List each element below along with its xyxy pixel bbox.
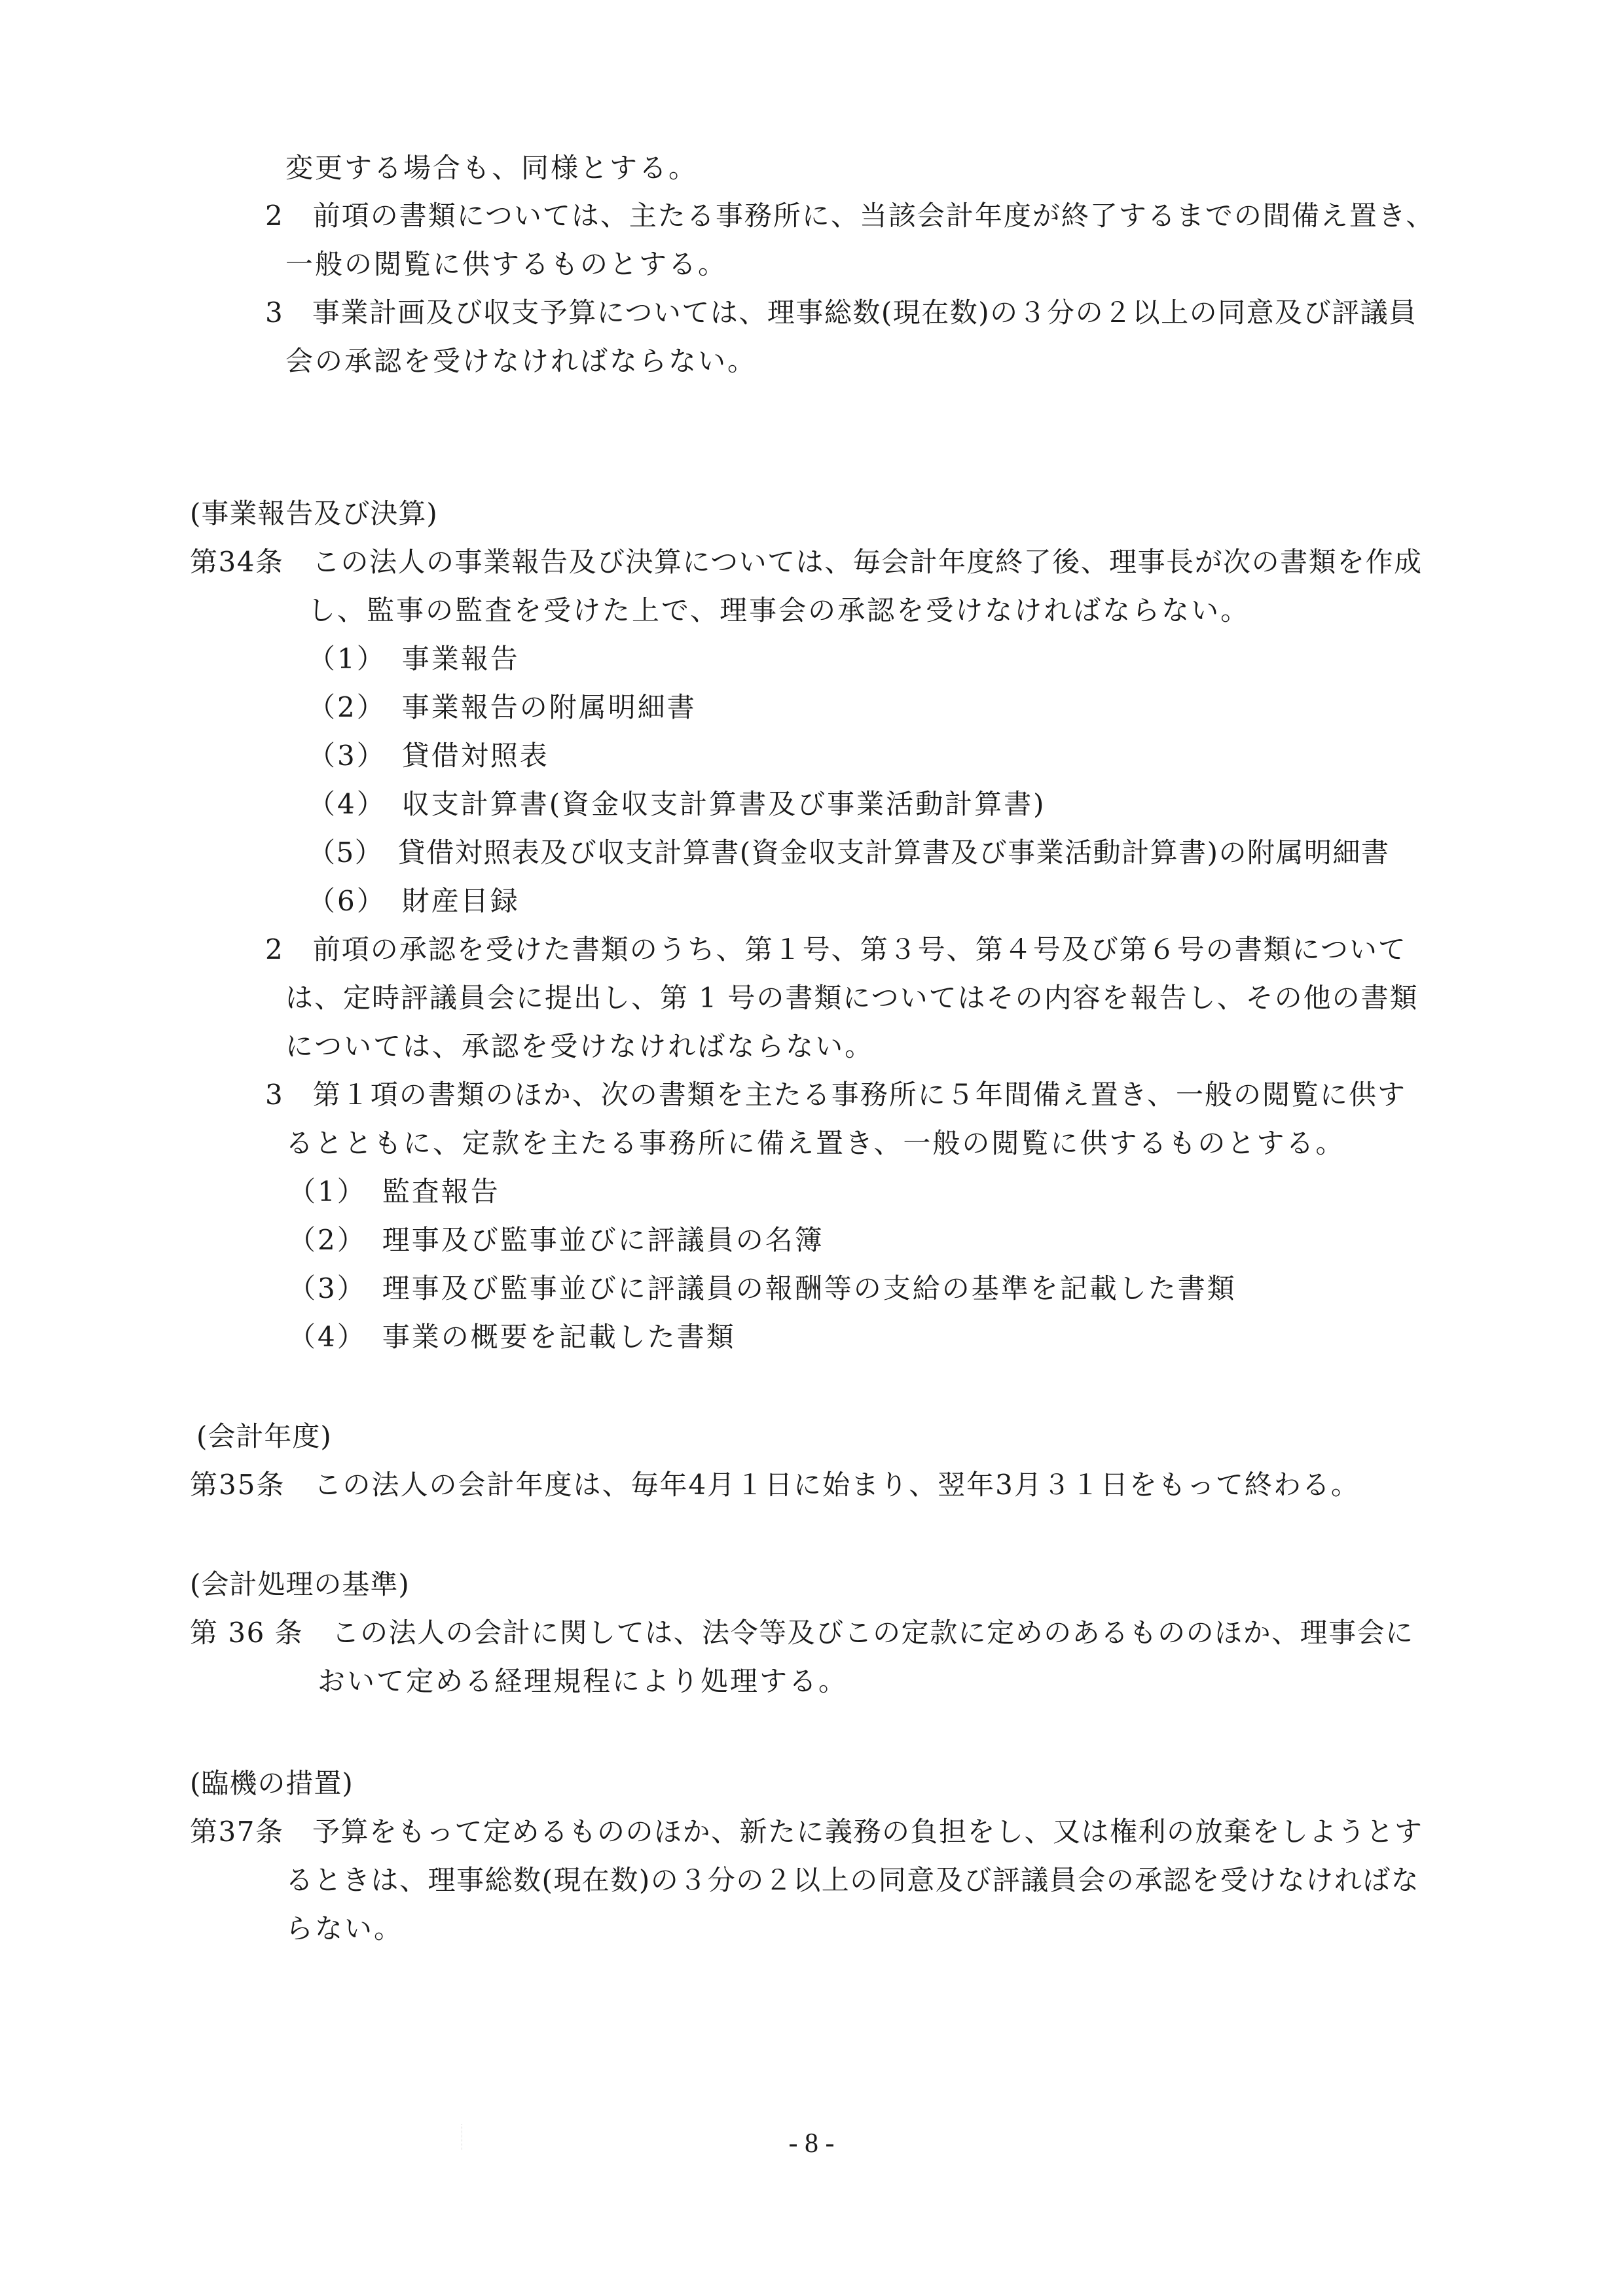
list-item: （1） 事業報告	[308, 643, 520, 675]
article-37-heading: (臨機の措置)	[190, 1767, 354, 1800]
article-34-paragraph-2-line-3: については、承認を受けなければならない。	[285, 1030, 874, 1063]
list-item: （2） 理事及び監事並びに評議員の名簿	[288, 1224, 824, 1257]
article-37-line-3: らない。	[285, 1912, 403, 1945]
list-item: （1） 監査報告	[288, 1175, 500, 1208]
article-34-heading: (事業報告及び決算)	[190, 497, 438, 530]
paragraph-2-line-1: 2 前項の書類については、主たる事務所に、当該会計年度が終了するまでの間備え置き…	[265, 200, 1434, 232]
paragraph-2-line-2: 一般の閲覧に供するものとする。	[285, 248, 727, 281]
list-item: （3） 理事及び監事並びに評議員の報酬等の支給の基準を記載した書類	[288, 1272, 1237, 1305]
page-number: - 8 -	[0, 2127, 1623, 2160]
article-37-line-2: るときは、理事総数(現在数)の３分の２以上の同意及び評議員会の承認を受けなければ…	[285, 1864, 1419, 1897]
text-line: 変更する場合も、同様とする。	[285, 152, 698, 185]
article-36-line-1: 第 36 条 この法人の会計に関しては、法令等及びこの定款に定めのあるもののほか…	[190, 1617, 1414, 1649]
list-item: （4） 事業の概要を記載した書類	[288, 1321, 736, 1354]
article-34-paragraph-2-line-2: は、定時評議員会に提出し、第 1 号の書類についてはその内容を報告し、その他の書…	[285, 982, 1419, 1014]
article-34-line-1: 第34条 この法人の事業報告及び決算については、毎会計年度終了後、理事長が次の書…	[190, 546, 1423, 579]
article-36-heading: (会計処理の基準)	[190, 1568, 410, 1601]
article-35-heading: (会計年度)	[196, 1420, 332, 1453]
article-35-line-1: 第35条 この法人の会計年度は、毎年4月１日に始まり、翌年3月３１日をもって終わ…	[190, 1469, 1360, 1501]
paragraph-3-line-2: 会の承認を受けなければならない。	[285, 345, 757, 378]
article-36-line-2: おいて定める経理規程により処理する。	[318, 1665, 848, 1698]
list-item: （6） 財産目録	[308, 885, 520, 918]
list-item: （2） 事業報告の附属明細書	[308, 691, 697, 724]
paragraph-3-line-1: 3 事業計画及び収支予算については、理事総数(現在数)の３分の２以上の同意及び評…	[265, 296, 1417, 329]
document-page: 変更する場合も、同様とする。 2 前項の書類については、主たる事務所に、当該会計…	[0, 0, 1623, 2296]
article-34-paragraph-3-line-1: 3 第１項の書類のほか、次の書類を主たる事務所に５年間備え置き、一般の閲覧に供す	[265, 1079, 1406, 1111]
article-34-paragraph-2-line-1: 2 前項の承認を受けた書類のうち、第１号、第３号、第４号及び第６号の書類について	[265, 933, 1407, 966]
list-item: （5） 貸借対照表及び収支計算書(資金収支計算書及び事業活動計算書)の附属明細書	[308, 836, 1390, 869]
article-34-line-2: し、監事の監査を受けた上で、理事会の承認を受けなければならない。	[308, 594, 1250, 627]
list-item: （4） 収支計算書(資金収支計算書及び事業活動計算書)	[308, 788, 1046, 821]
article-37-line-1: 第37条 予算をもって定めるもののほか、新たに義務の負担をし、又は権利の放棄をし…	[190, 1816, 1423, 1848]
article-34-paragraph-3-line-2: るとともに、定款を主たる事務所に備え置き、一般の閲覧に供するものとする。	[285, 1127, 1345, 1160]
list-item: （3） 貸借対照表	[308, 740, 549, 772]
